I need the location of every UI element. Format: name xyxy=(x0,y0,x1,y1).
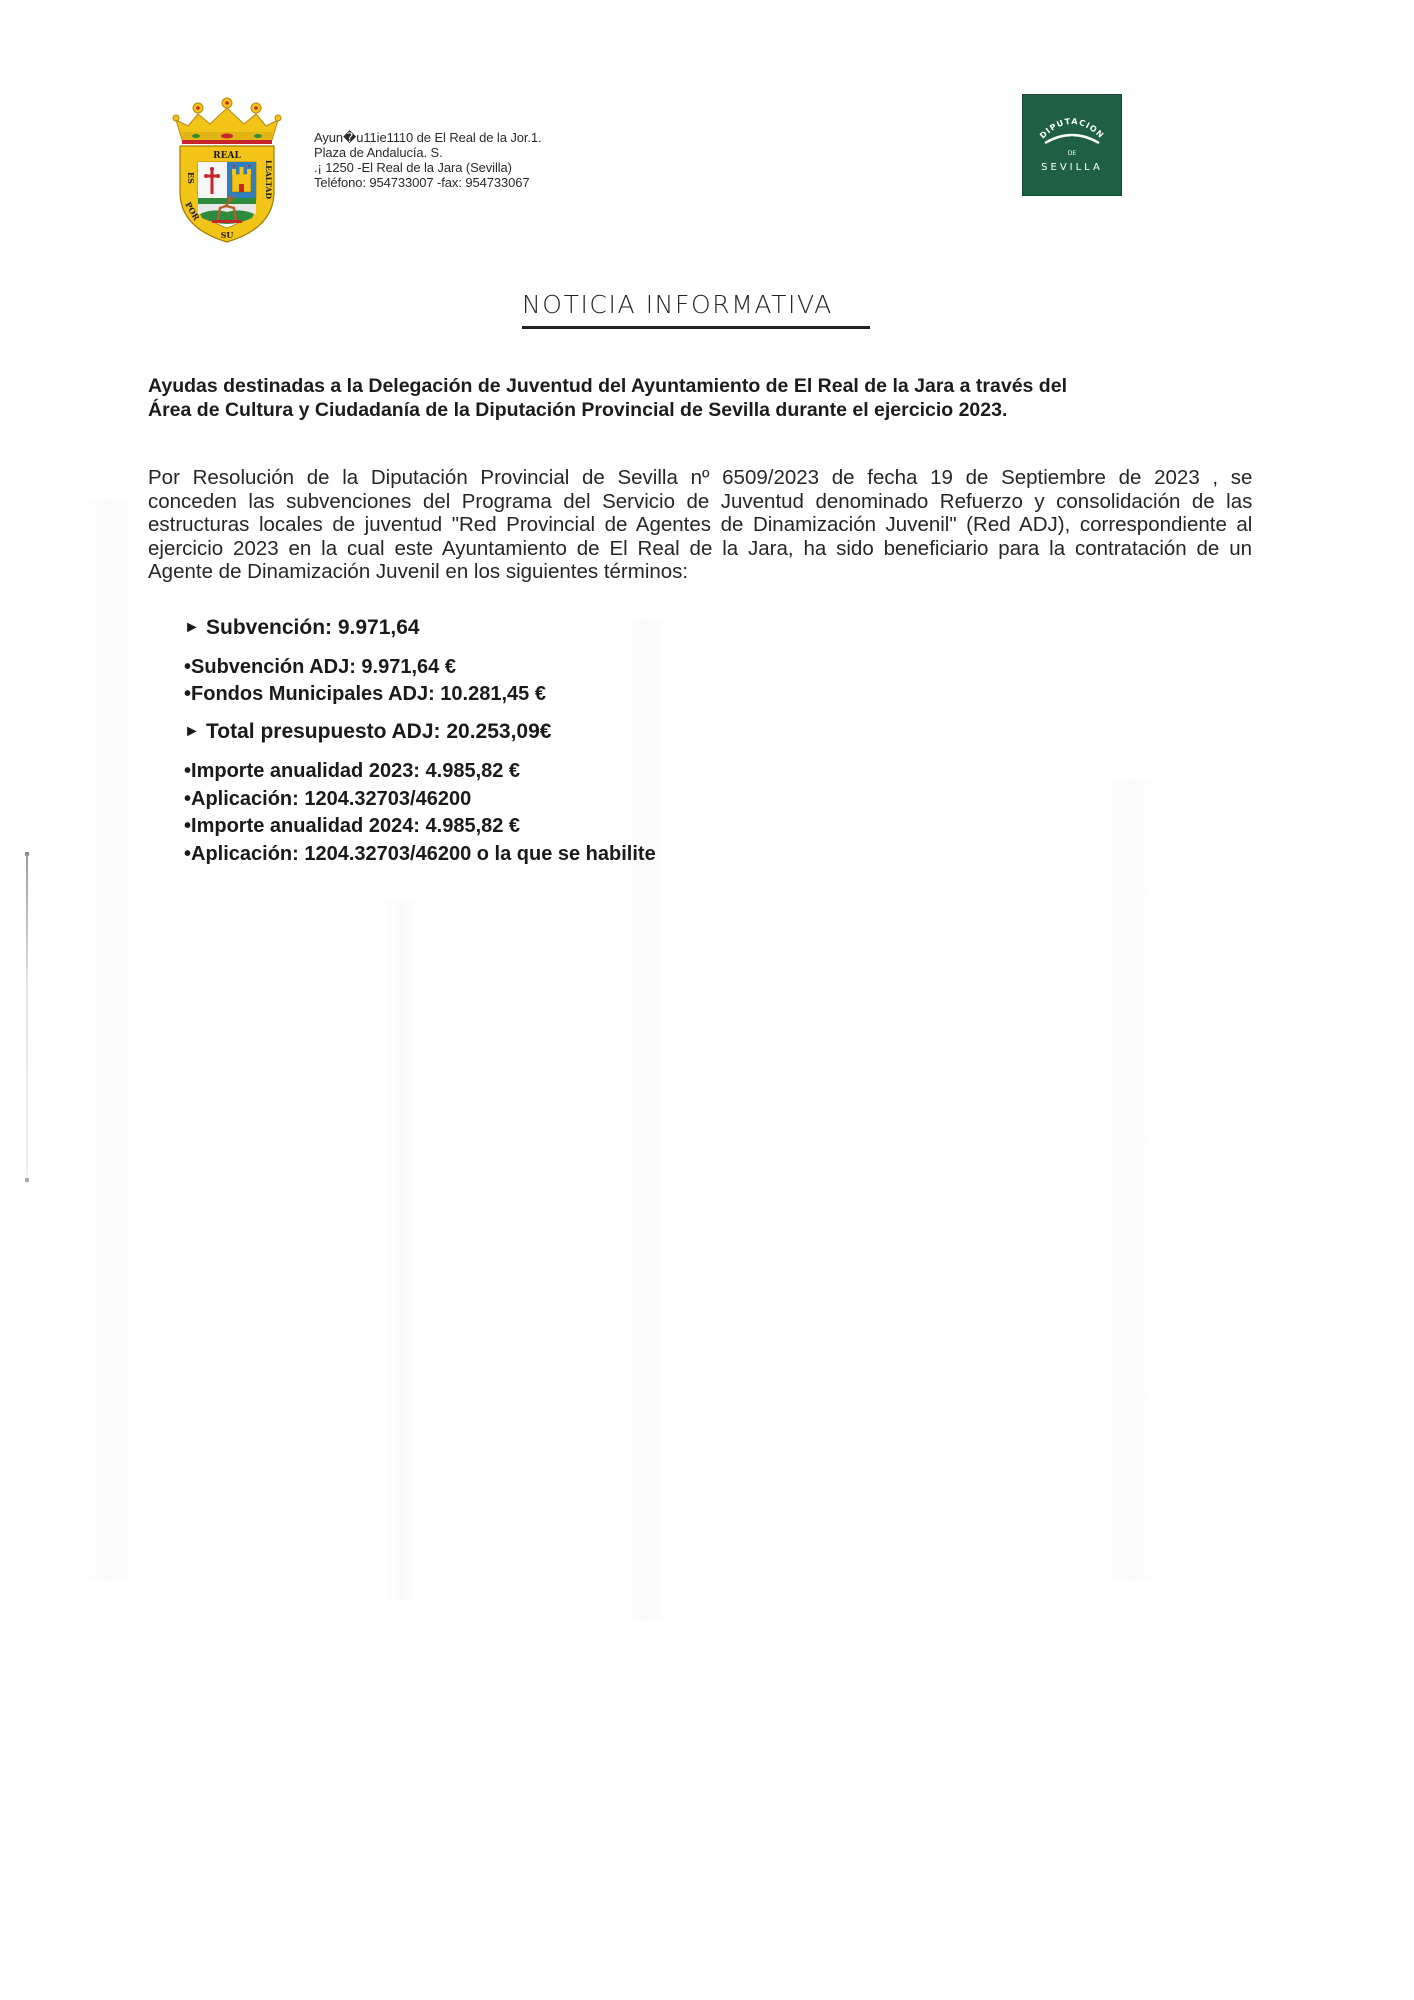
bullet-icon: • xyxy=(184,842,191,866)
svg-text:DIPUTACION: DIPUTACION xyxy=(1038,117,1106,141)
term-item-importe-2023: •Importe anualidad 2023: 4.985,82 € xyxy=(184,759,520,783)
arrow-bullet-icon: ► xyxy=(184,616,206,640)
term-item-subvencion-adj: •Subvención ADJ: 9.971,64 € xyxy=(184,655,456,679)
term-text: Total presupuesto ADJ: 20.253,09€ xyxy=(206,720,551,743)
bullet-icon: • xyxy=(184,759,191,783)
paragraph-line: Por Resolución de la Diputación Provinci… xyxy=(148,466,1252,490)
arrow-bullet-icon: ► xyxy=(184,720,206,744)
term-item-aplicacion-2024: •Aplicación: 1204.32703/46200 o la que s… xyxy=(184,842,656,866)
contact-phone-fax: Teléfono: 954733007 -fax: 954733067 xyxy=(314,175,542,190)
term-text: Aplicación: 1204.32703/46200 xyxy=(191,788,471,810)
document-page: REAL ES POR SU LEALTAD Ayun�u11ie1110 de… xyxy=(0,0,1414,2000)
headline-line: Ayudas destinadas a la Delegación de Juv… xyxy=(148,374,1258,398)
headline: Ayudas destinadas a la Delegación de Juv… xyxy=(148,374,1258,422)
term-text: Subvención ADJ: 9.971,64 € xyxy=(191,656,456,678)
municipality-address: Ayun�u11ie1110 de El Real de la Jor.1. P… xyxy=(314,130,542,190)
term-text: Fondos Municipales ADJ: 10.281,45 € xyxy=(191,683,546,705)
address-line: Ayun�u11ie1110 de El Real de la Jor.1. xyxy=(314,130,542,145)
document-title: NOTICIA INFORMATIVA xyxy=(522,290,833,319)
paragraph-line: conceden las subvenciones del Programa d… xyxy=(148,490,1252,514)
term-text: Aplicación: 1204.32703/46200 o la que se… xyxy=(191,843,656,865)
body-paragraph: Por Resolución de la Diputación Provinci… xyxy=(148,466,1252,584)
paragraph-line: estructuras locales de juventud "Red Pro… xyxy=(148,513,1252,537)
svg-text:DE: DE xyxy=(1068,150,1077,157)
address-line: Plaza de Andalucía. S. xyxy=(314,145,542,160)
term-item-importe-2024: •Importe anualidad 2024: 4.985,82 € xyxy=(184,814,520,838)
svg-text:REAL: REAL xyxy=(213,151,241,161)
diputacion-logo-icon: DIPUTACION DE SEVILLA xyxy=(1023,95,1121,195)
svg-text:LEALTAD: LEALTAD xyxy=(264,160,273,199)
term-item-subvencion: ►Subvención: 9.971,64 xyxy=(184,616,420,640)
scan-edge-line xyxy=(26,853,28,1183)
scan-mark xyxy=(25,1178,29,1182)
svg-text:SEVILLA: SEVILLA xyxy=(1041,162,1103,173)
paragraph-line: ejercicio 2023 en la cual este Ayuntamie… xyxy=(148,537,1252,561)
term-item-fondos-municipales: •Fondos Municipales ADJ: 10.281,45 € xyxy=(184,682,546,706)
scan-artifact xyxy=(1100,780,1160,1580)
bullet-icon: • xyxy=(184,682,191,706)
bullet-icon: • xyxy=(184,655,191,679)
svg-text:SU: SU xyxy=(221,230,234,240)
term-text: Importe anualidad 2024: 4.985,82 € xyxy=(191,815,520,837)
term-text: Importe anualidad 2023: 4.985,82 € xyxy=(191,760,520,782)
headline-line: Área de Cultura y Ciudadanía de la Diput… xyxy=(148,398,1258,422)
scan-artifact xyxy=(620,620,670,1620)
scan-artifact xyxy=(80,500,140,1580)
term-text: Subvención: 9.971,64 xyxy=(206,616,420,639)
scan-artifact xyxy=(380,900,420,1600)
diputacion-sevilla-logo: DIPUTACION DE SEVILLA xyxy=(1022,94,1122,196)
term-item-total-presupuesto: ►Total presupuesto ADJ: 20.253,09€ xyxy=(184,720,551,744)
crest-icon: REAL ES POR SU LEALTAD xyxy=(168,96,286,244)
bullet-icon: • xyxy=(184,787,191,811)
coat-of-arms-logo: REAL ES POR SU LEALTAD xyxy=(168,96,286,244)
term-item-aplicacion-2023: •Aplicación: 1204.32703/46200 xyxy=(184,787,471,811)
address-line: .¡ 1250 -El Real de la Jara (Sevilla) xyxy=(314,160,542,175)
bullet-icon: • xyxy=(184,814,191,838)
title-underline xyxy=(522,326,870,329)
svg-text:ES: ES xyxy=(186,172,196,184)
paragraph-line: Agente de Dinamización Juvenil en los si… xyxy=(148,560,1252,584)
